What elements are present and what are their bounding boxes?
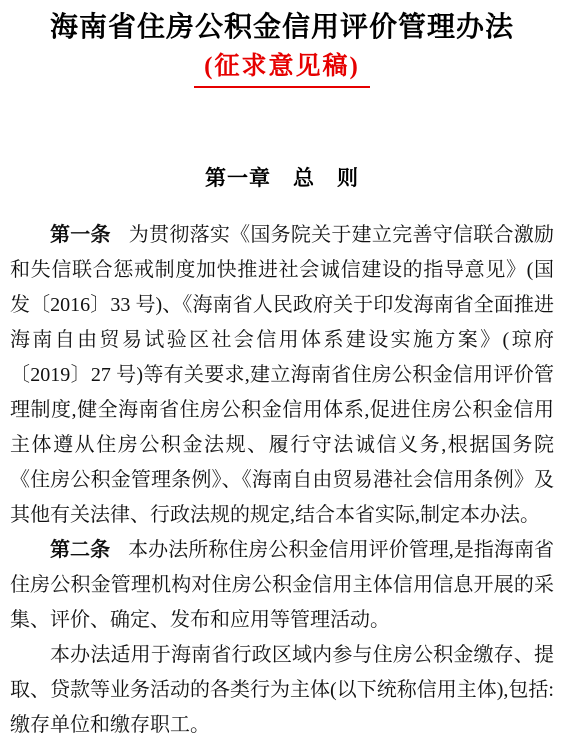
article-1-label: 第一条 bbox=[50, 224, 111, 246]
document-page: 海南省住房公积金信用评价管理办法 (征求意见稿) 第一章 总 则 第一条为贯彻落… bbox=[0, 0, 564, 744]
paragraph-article-2: 第二条本办法所称住房公积金信用评价管理,是指海南省住房公积金管理机构对住房公积金… bbox=[10, 533, 554, 638]
paragraph-article-1: 第一条为贯彻落实《国务院关于建立完善守信联合激励和失信联合惩戒制度加快推进社会诚… bbox=[10, 218, 554, 533]
document-title: 海南省住房公积金信用评价管理办法 bbox=[10, 8, 554, 48]
article-2-scope-text: 本办法适用于海南省行政区域内参与住房公积金缴存、提取、贷款等业务活动的各类行为主… bbox=[10, 644, 554, 736]
article-1-text: 为贯彻落实《国务院关于建立完善守信联合激励和失信联合惩戒制度加快推进社会诚信建设… bbox=[10, 224, 554, 526]
paragraph-article-2-scope: 本办法适用于海南省行政区域内参与住房公积金缴存、提取、贷款等业务活动的各类行为主… bbox=[10, 638, 554, 743]
document-subtitle: (征求意见稿) bbox=[194, 52, 370, 88]
document-subtitle-row: (征求意见稿) bbox=[10, 52, 554, 88]
document-body: 第一条为贯彻落实《国务院关于建立完善守信联合激励和失信联合惩戒制度加快推进社会诚… bbox=[10, 218, 554, 743]
chapter-heading: 第一章 总 则 bbox=[10, 162, 554, 192]
article-2-label: 第二条 bbox=[50, 539, 110, 561]
